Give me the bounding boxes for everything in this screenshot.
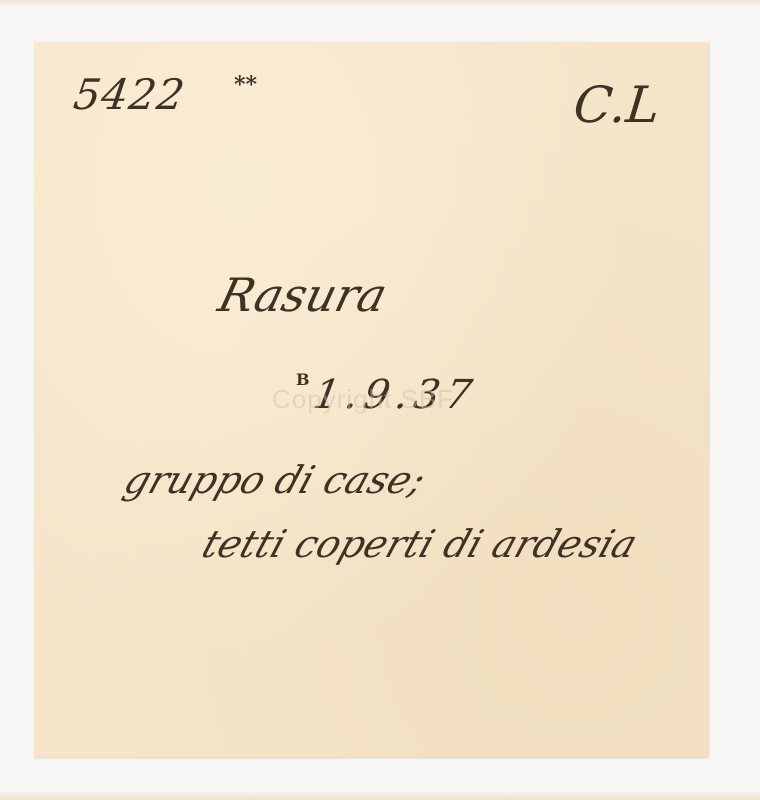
- catalog-number: 5422: [71, 70, 189, 119]
- description-line-1: gruppo di case;: [119, 458, 431, 502]
- copyright-watermark: Copyright SBF: [272, 384, 454, 415]
- scan-bottom-edge: [0, 792, 760, 800]
- scan-top-edge: [0, 0, 760, 6]
- place-name: Rasura: [213, 268, 392, 322]
- description-line-2: tetti coperti di ardesia: [197, 522, 643, 566]
- catalog-stars: **: [234, 72, 257, 98]
- author-initials: C.L: [571, 76, 663, 134]
- catalog-card: 5422 ** C.L Rasura B 1.9.37 Copyright SB…: [34, 42, 708, 757]
